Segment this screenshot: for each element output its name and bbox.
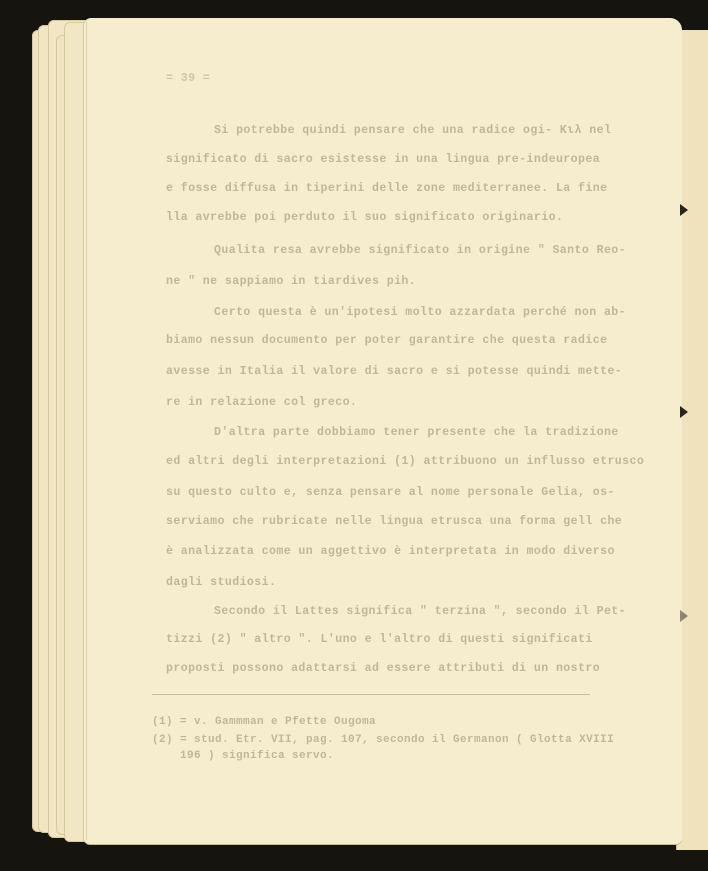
body-line: dagli studiosi.: [166, 576, 276, 589]
body-line: Secondo il Lattes significa " terzina ",…: [214, 605, 626, 618]
body-line: ne " ne sappiamo in tiardives pih.: [166, 275, 416, 288]
body-line: Certo questa è un'ipotesi molto azzardat…: [214, 306, 626, 319]
body-line: è analizzata come un aggettivo è interpr…: [166, 545, 615, 558]
body-line: ed altri degli interpretazioni (1) attri…: [166, 455, 644, 468]
body-line: avesse in Italia il valore di sacro e si…: [166, 365, 622, 378]
body-line: lla avrebbe poi perduto il suo significa…: [166, 211, 563, 224]
body-line: re in relazione col greco.: [166, 396, 357, 409]
footnote-divider: [152, 694, 590, 695]
body-line: significato di sacro esistesse in una li…: [166, 153, 600, 166]
page-number: = 39 =: [166, 72, 210, 85]
body-line: D'altra parte dobbiamo tener presente ch…: [214, 426, 619, 439]
body-line: Si potrebbe quindi pensare che una radic…: [214, 124, 611, 137]
body-line: e fosse diffusa in tiperini delle zone m…: [166, 182, 607, 195]
body-line: su questo culto e, senza pensare al nome…: [166, 486, 615, 499]
footnote: (1) = v. Gammman e Pfette Ougoma: [152, 716, 376, 728]
body-line: serviamo che rubricate nelle lingua etru…: [166, 515, 622, 528]
footnote: 196 ) significa servo.: [152, 750, 334, 762]
footnote: (2) = stud. Etr. VII, pag. 107, secondo …: [152, 734, 614, 746]
page-edge: [86, 22, 90, 840]
body-line: Qualita resa avrebbe significato in orig…: [214, 244, 626, 257]
body-line: biamo nessun documento per poter garanti…: [166, 334, 607, 347]
body-line: tizzi (2) " altro ". L'uno e l'altro di …: [166, 633, 593, 646]
body-line: proposti possono adattarsi ad essere att…: [166, 662, 600, 675]
